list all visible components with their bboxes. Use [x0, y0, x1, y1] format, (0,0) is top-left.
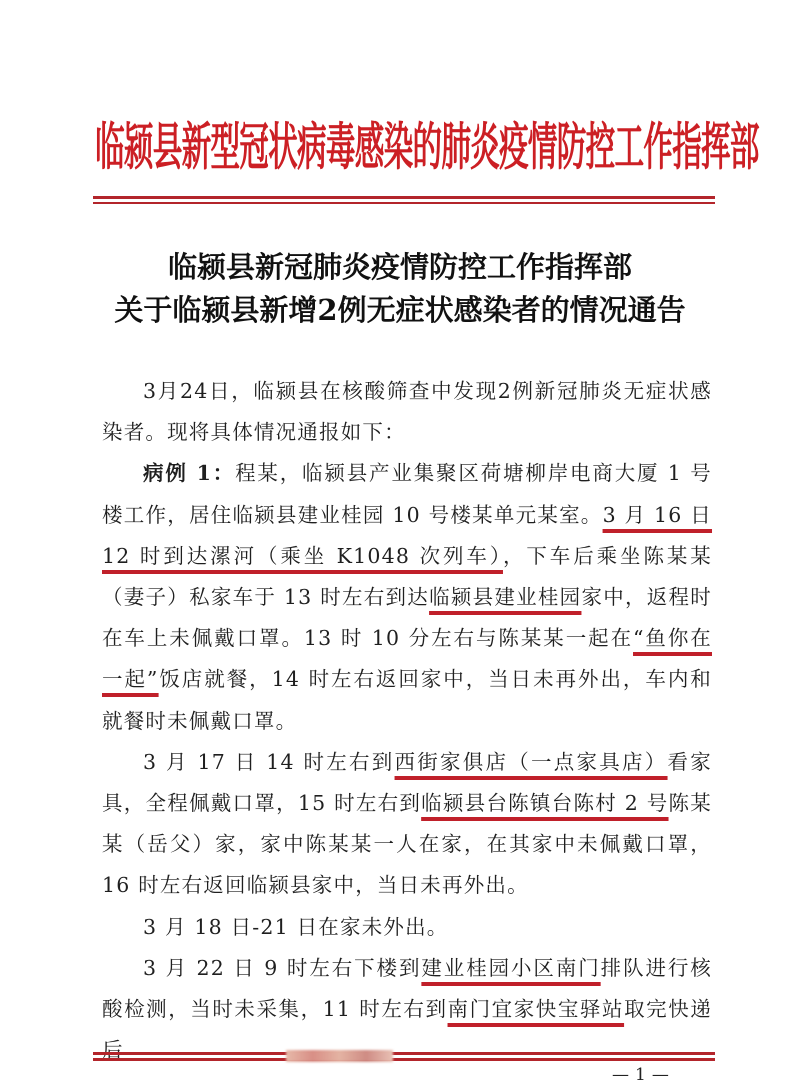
- footer-rule-thick: [93, 1052, 715, 1055]
- highlight-home-address: 临颍县建业桂园: [429, 585, 581, 609]
- case1-label: 病例 1：: [143, 461, 235, 485]
- text-segment: 饭店就餐，14 时左右返回家中，当日未再外出，车内和就餐时未佩戴口罩。: [102, 667, 712, 732]
- highlight-community-gate: 建业桂园小区南门: [421, 956, 600, 980]
- case1-paragraph-2: 3 月 17 日 14 时左右到西街家俱店（一点家具店）看家具，全程佩戴口罩，1…: [102, 742, 712, 907]
- page-number: —1—: [612, 1065, 675, 1085]
- notice-title-line2: 关于临颍县新增2例无症状感染者的情况通告: [0, 288, 800, 329]
- text-segment: 3 月 22 日 9 时左右下楼到: [143, 956, 421, 980]
- letterhead-title: 临颍县新型冠状病毒感染的肺炎疫情防控工作指挥部: [95, 100, 571, 195]
- highlight-furniture-store: 西街家俱店（一点家具店）: [395, 750, 668, 774]
- highlight-parcel-station: 南门宜家快宝驿站: [448, 997, 625, 1021]
- notice-title-line1: 临颍县新冠肺炎疫情防控工作指挥部: [0, 245, 800, 286]
- blurred-watermark: [286, 1050, 393, 1062]
- text-segment: 3 月 17 日 14 时左右到: [143, 750, 395, 774]
- highlight-village-address: 临颍县台陈镇台陈村 2 号: [421, 791, 668, 815]
- document-body: 3月24日，临颍县在核酸筛查中发现2例新冠肺炎无症状感染者。现将具体情况通报如下…: [102, 371, 712, 1071]
- case1-paragraph-3: 3 月 18 日-21 日在家未外出。: [102, 907, 712, 948]
- header-rule-thin: [93, 202, 715, 204]
- footer-rule-thin: [93, 1058, 715, 1061]
- case1-paragraph-1: 病例 1：程某，临颍县产业集聚区荷塘柳岸电商大厦 1 号楼工作，居住临颍县建业桂…: [102, 453, 712, 741]
- intro-paragraph: 3月24日，临颍县在核酸筛查中发现2例新冠肺炎无症状感染者。现将具体情况通报如下…: [102, 371, 712, 453]
- header-rule-thick: [93, 196, 715, 199]
